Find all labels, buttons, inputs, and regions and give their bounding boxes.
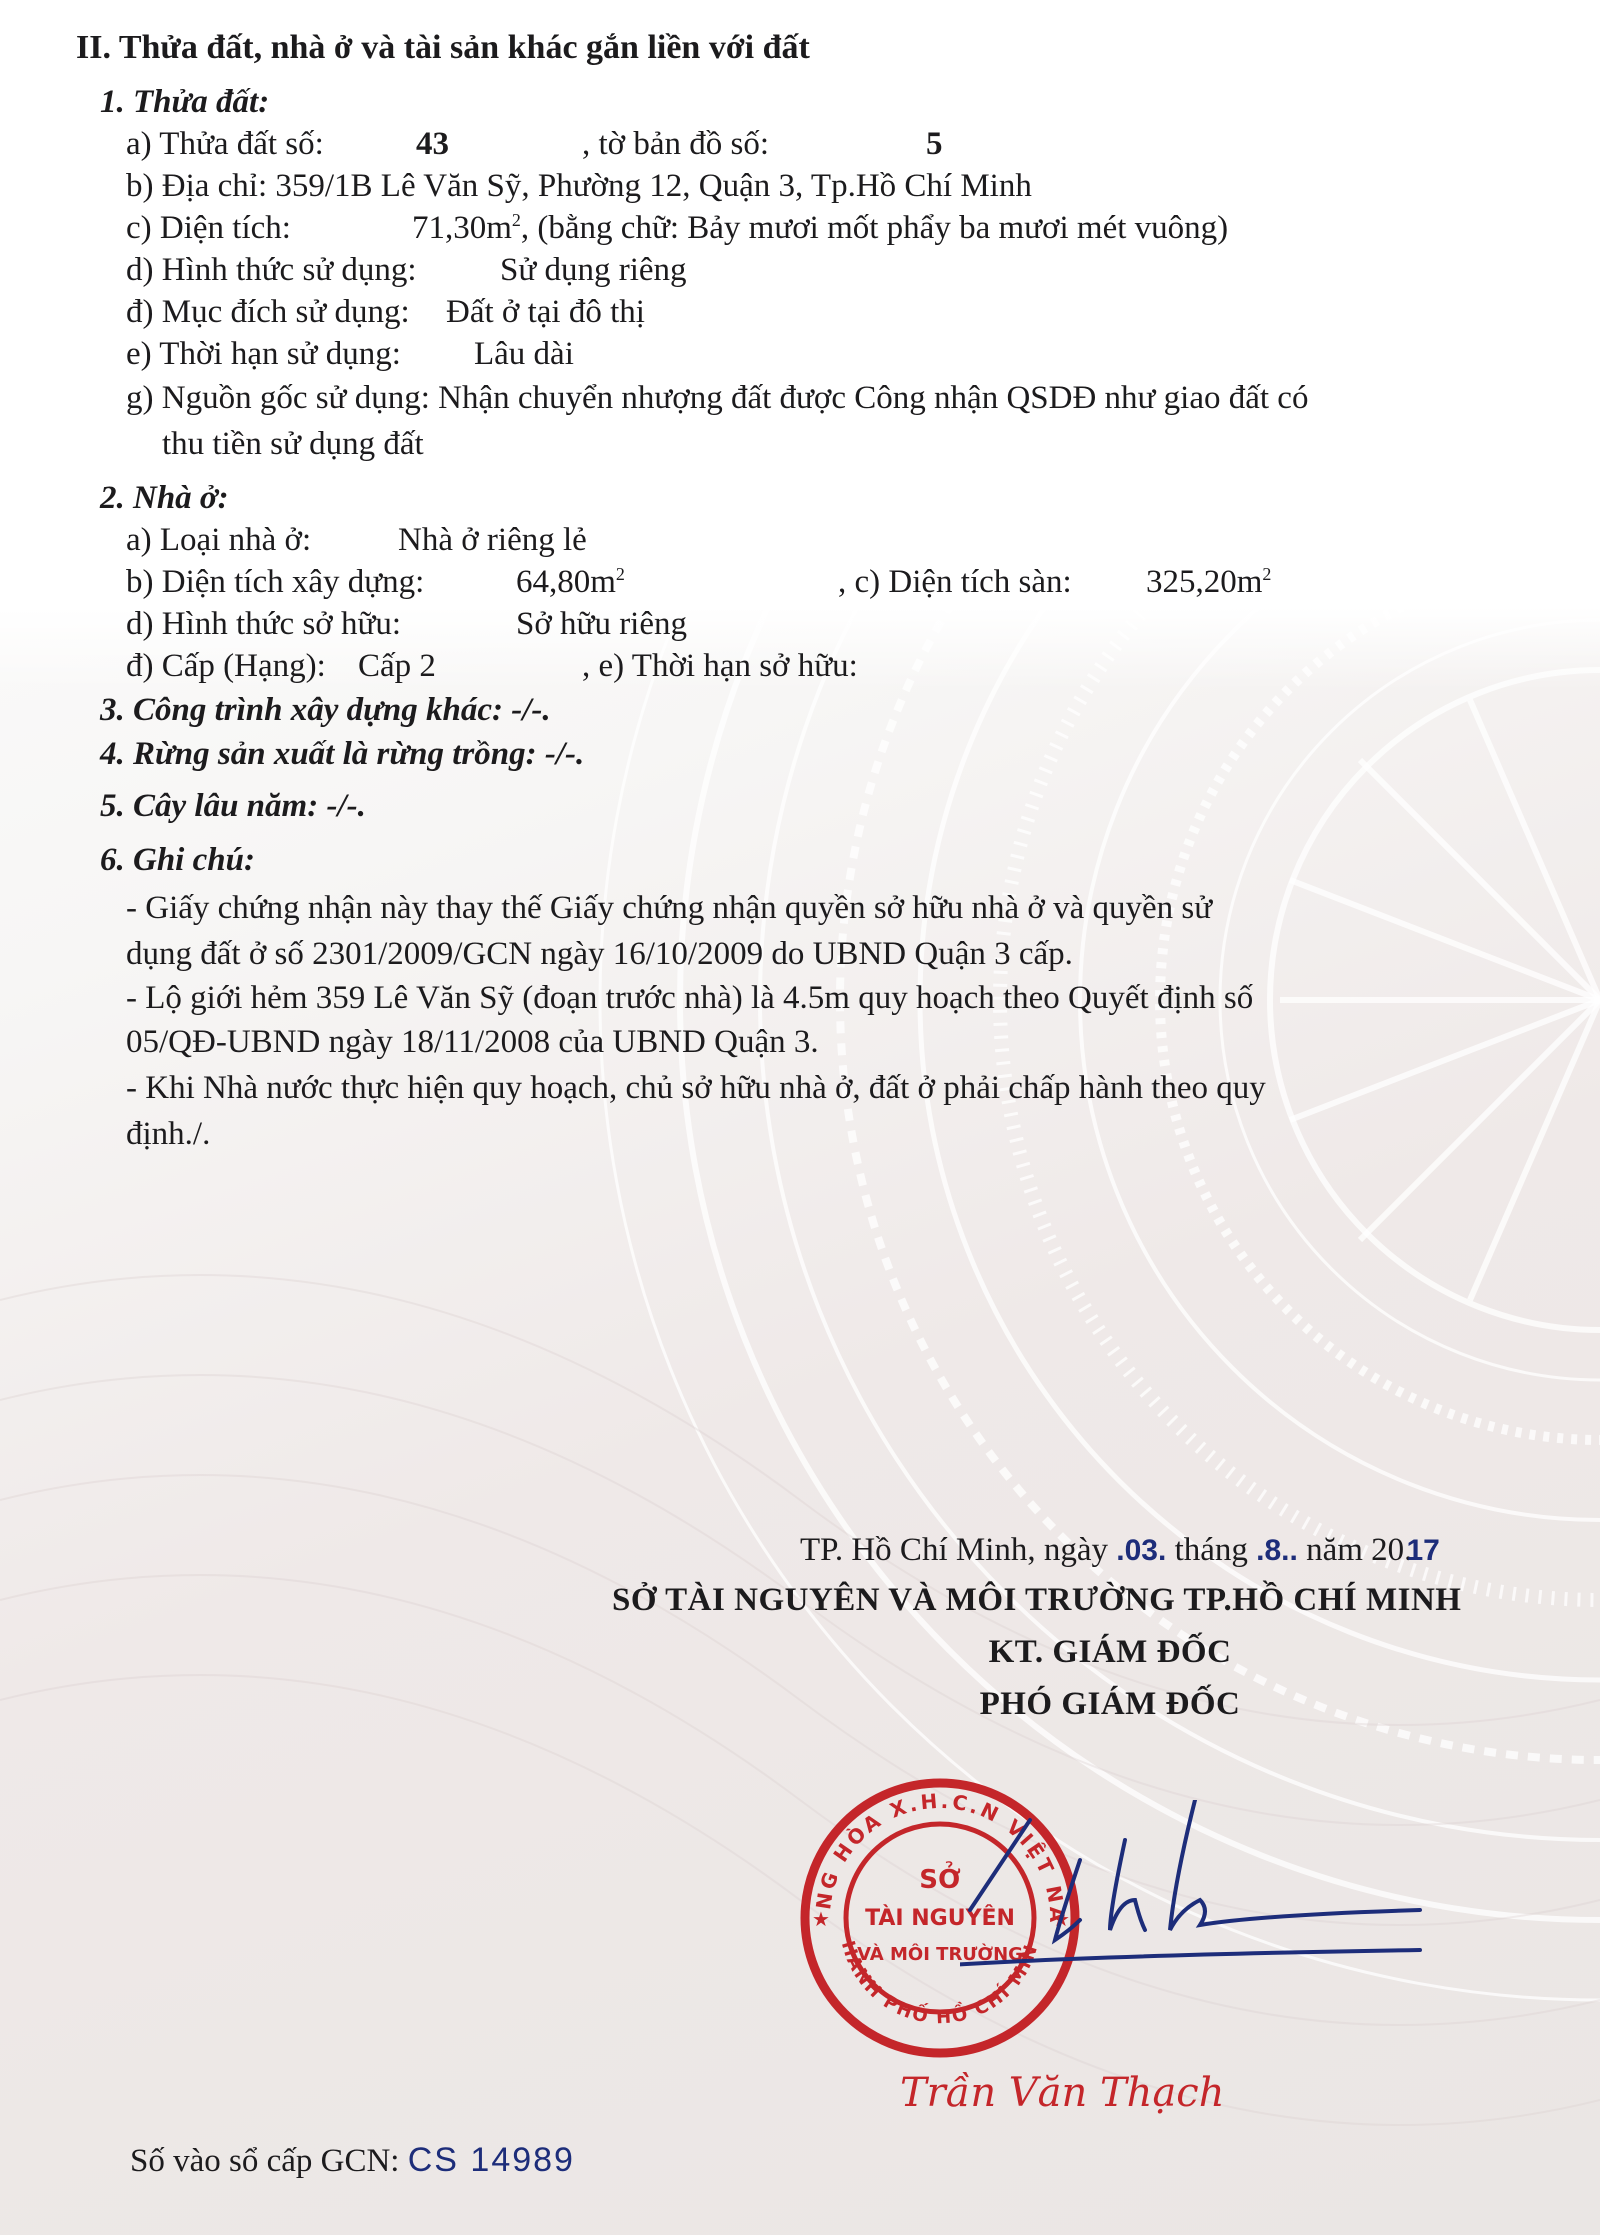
ownership-label: d) Hình thức sở hữu: xyxy=(126,606,401,642)
house-type-label: a) Loại nhà ở: xyxy=(126,522,311,558)
note-line: 05/QĐ-UBND ngày 18/11/2008 của UBND Quận… xyxy=(126,1022,819,1062)
registry-label: Số vào sổ cấp GCN: xyxy=(130,2143,399,2179)
month-label: tháng xyxy=(1175,1532,1248,1568)
area-sup: 2 xyxy=(512,210,521,230)
issuing-agency: SỞ TÀI NGUYÊN VÀ MÔI TRƯỜNG TP.HỒ CHÍ MI… xyxy=(612,1580,1600,1620)
parcel-label: a) Thửa đất số: xyxy=(126,126,324,162)
usage-form-value: Sử dụng riêng xyxy=(500,250,687,290)
stamp-star-left: ★ xyxy=(812,1909,830,1931)
floor-area-label: , c) Diện tích sàn: xyxy=(838,562,1072,602)
ownership-value: Sở hữu riêng xyxy=(516,604,687,644)
handwritten-signature xyxy=(960,1800,1440,2000)
floor-area-value: 325,20m xyxy=(1146,564,1262,600)
purpose-row: đ) Mục đích sử dụng: Đất ở tại đô thị xyxy=(126,292,410,332)
note-line: dụng đất ở số 2301/2009/GCN ngày 16/10/2… xyxy=(126,934,1073,974)
parcel-row: a) Thửa đất số: 43 , tờ bản đồ số: 5 xyxy=(126,124,324,164)
note-line: định./. xyxy=(126,1114,210,1154)
build-area-sup: 2 xyxy=(616,564,625,584)
address-value: 359/1B Lê Văn Sỹ, Phường 12, Quận 3, Tp.… xyxy=(275,168,1031,204)
perennial-trees: 5. Cây lâu năm: -/-. xyxy=(100,786,366,826)
grade-row: đ) Cấp (Hạng): Cấp 2 , e) Thời hạn sở hữ… xyxy=(126,646,326,686)
section-title: II. Thửa đất, nhà ở và tài sản khác gắn … xyxy=(76,28,810,68)
term-label: e) Thời hạn sử dụng: xyxy=(126,336,401,372)
signer-name: Trần Văn Thạch xyxy=(900,2070,1224,2116)
origin-row: g) Nguồn gốc sử dụng: Nhận chuyển nhượng… xyxy=(126,378,1308,418)
floor-area-value-group: 325,20m2 xyxy=(1146,562,1271,602)
signer-title: PHÓ GIÁM ĐỐC xyxy=(860,1684,1360,1724)
land-certificate-page: II. Thửa đất, nhà ở và tài sản khác gắn … xyxy=(0,0,1600,2235)
usage-form-label: d) Hình thức sử dụng: xyxy=(126,252,417,288)
map-sheet-number: 5 xyxy=(926,124,943,164)
map-sheet-label: , tờ bản đồ số: xyxy=(582,124,769,164)
land-heading: 1. Thửa đất: xyxy=(100,82,269,122)
address-row: b) Địa chỉ: 359/1B Lê Văn Sỹ, Phường 12,… xyxy=(126,166,1032,206)
origin-value: Nhận chuyển nhượng đất được Công nhận QS… xyxy=(438,380,1308,416)
grade-label: đ) Cấp (Hạng): xyxy=(126,648,326,684)
build-area-value: 64,80m xyxy=(516,564,616,600)
area-value: 71,30m xyxy=(412,210,512,246)
date-month: .8.. xyxy=(1256,1534,1298,1567)
usage-form-row: d) Hình thức sử dụng: Sử dụng riêng xyxy=(126,250,417,290)
origin-continuation: thu tiền sử dụng đất xyxy=(162,424,424,464)
date-day: .03. xyxy=(1116,1534,1166,1567)
floor-area-sup: 2 xyxy=(1262,564,1271,584)
build-area-label: b) Diện tích xây dựng: xyxy=(126,564,424,600)
notes-heading: 6. Ghi chú: xyxy=(100,840,255,880)
ownership-row: d) Hình thức sở hữu: Sở hữu riêng xyxy=(126,604,401,644)
parcel-number: 43 xyxy=(416,124,449,164)
area-row: c) Diện tích: 71,30m2, (bằng chữ: Bảy mư… xyxy=(126,208,291,248)
house-type-row: a) Loại nhà ở: Nhà ở riêng lẻ xyxy=(126,520,311,560)
other-works: 3. Công trình xây dựng khác: -/-. xyxy=(100,690,551,730)
term-row: e) Thời hạn sử dụng: Lâu dài xyxy=(126,334,401,374)
registry-number: CS 14989 xyxy=(408,2141,575,2179)
production-forest: 4. Rừng sản xuất là rừng trồng: -/-. xyxy=(100,734,584,774)
year-label: năm 20. xyxy=(1306,1532,1412,1568)
stamp-inner-line: SỞ xyxy=(919,1859,961,1895)
grade-value: Cấp 2 xyxy=(358,646,436,686)
area-words: , (bằng chữ: Bảy mươi mốt phẩy ba mươi m… xyxy=(521,210,1228,246)
purpose-value: Đất ở tại đô thị xyxy=(446,292,645,332)
area-label: c) Diện tích: xyxy=(126,210,291,246)
date-year: 17 xyxy=(1406,1534,1439,1567)
ownership-term-label: , e) Thời hạn sở hữu: xyxy=(582,646,858,686)
purpose-label: đ) Mục đích sử dụng: xyxy=(126,294,410,330)
house-type-value: Nhà ở riêng lẻ xyxy=(398,520,587,560)
registry-row: Số vào sổ cấp GCN: CS 14989 xyxy=(130,2140,575,2181)
note-line: - Lộ giới hẻm 359 Lê Văn Sỹ (đoạn trước … xyxy=(126,978,1253,1018)
house-heading: 2. Nhà ở: xyxy=(100,478,229,518)
address-label: b) Địa chỉ: xyxy=(126,168,267,204)
note-line: - Giấy chứng nhận này thay thế Giấy chứn… xyxy=(126,888,1212,928)
origin-label: g) Nguồn gốc sử dụng: xyxy=(126,380,430,416)
on-behalf-title: KT. GIÁM ĐỐC xyxy=(860,1632,1360,1672)
note-line: - Khi Nhà nước thực hiện quy hoạch, chủ … xyxy=(126,1068,1266,1108)
place-date-prefix: TP. Hồ Chí Minh, ngày xyxy=(800,1532,1108,1568)
build-area-row: b) Diện tích xây dựng: 64,80m2 , c) Diện… xyxy=(126,562,424,602)
place-date: TP. Hồ Chí Minh, ngày .03. tháng .8.. nă… xyxy=(800,1530,1440,1571)
build-area-value-group: 64,80m2 xyxy=(516,562,625,602)
term-value: Lâu dài xyxy=(474,334,574,374)
area-value-group: 71,30m2, (bằng chữ: Bảy mươi mốt phẩy ba… xyxy=(412,208,1228,248)
